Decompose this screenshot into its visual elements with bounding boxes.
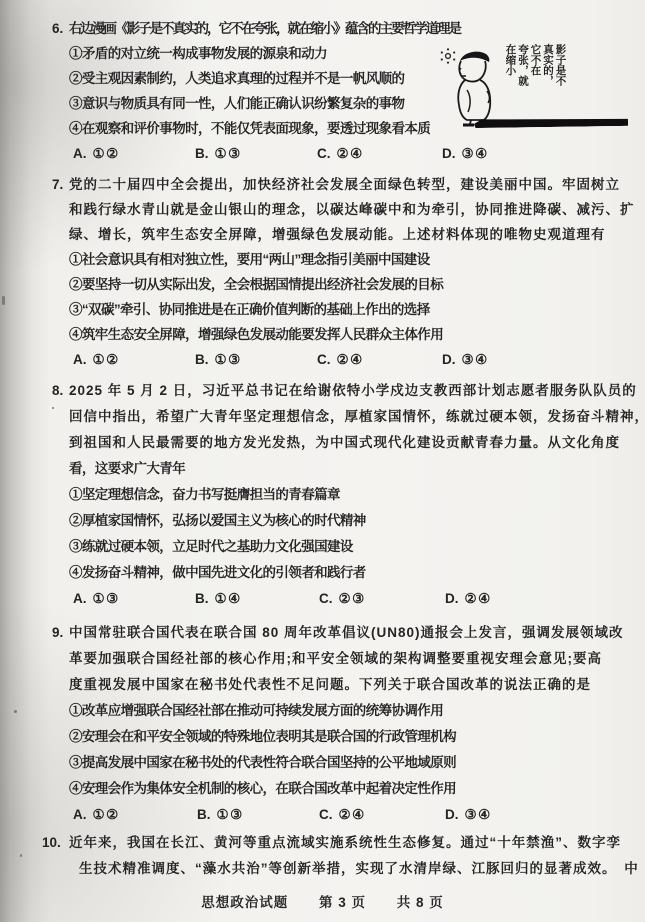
stem-text: 和践行绿水青山就是金山银山的理念，以碳达峰碳中和为牵引，协同推进降碳、减污、扩 (69, 202, 635, 217)
stem-line: 看，这要求广大青年 (69, 456, 645, 482)
option-d: D.②④ (445, 586, 492, 612)
person-figure (451, 47, 499, 127)
item-line: ④发扬奋斗精神，做中国先进文化的引领者和践行者 (69, 560, 645, 586)
option-value: ②④ (465, 591, 492, 606)
options-row: A.①② B.①③ C.②④ D.③④ (69, 802, 624, 828)
option-label: D. (445, 807, 459, 822)
option-label: A. (73, 146, 87, 161)
footer-exam-title: 思想政治试题 (201, 895, 288, 910)
option-label: C. (317, 352, 331, 367)
stem-line: 生技术精准调度、“藻水共治”等创新举措，实现了水清岸绿、江豚回归的显著成效。 中 (79, 856, 639, 882)
option-value: ③④ (462, 352, 489, 367)
stem-text: 到祖国和人民最需要的地方发光发热，为中国式现代化建设贡献青春力量。从文化角度 (69, 435, 620, 450)
option-value: ②④ (337, 146, 364, 161)
item-line: ②安理会在和平安全领域的特殊地位表明其是联合国的行政管理机构 (69, 724, 624, 750)
stem-text: 右边漫画《影子是不真实的，它不在夸张，就在缩小》蕴含的主要哲学道理是 (69, 21, 460, 36)
item-line: ①矛盾的对立统一构成事物发展的源泉和动力 (69, 41, 460, 66)
stem-line: 绿、增长，筑牢生态安全屏障，增强绿色发展动能。上述材料体现的唯物史观道理有 (69, 222, 635, 247)
item-line: ③练就过硬本领，立足时代之基助力文化强国建设 (69, 534, 645, 560)
stem-line: 革要加强联合国经社部的核心作用;和平安全领域的架构调整要重视安理会意见;要高 (69, 646, 624, 672)
item-line: ③提高发展中国家在秘书处的代表性符合联合国坚持的公平地域原则 (69, 750, 624, 776)
question-10: 10. 近年来，我国在长江、黄河等重点流域实施系统性生态修复。通过“十年禁渔”、… (69, 830, 639, 882)
stem-text: 中国常驻联合国代表在联合国 80 周年改革倡议(UN80)通报会上发言，强调发展… (69, 625, 624, 640)
stem-text: 近年来，我国在长江、黄河等重点流域实施系统性生态修复。通过“十年禁渔”、数字孪 (69, 835, 621, 850)
question-8: 8. 2025 年 5 月 2 日，习近平总书记在给谢依特小学戍边支教西部计划志… (69, 378, 645, 612)
caption-column: 影子是不 (554, 44, 567, 104)
option-label: A. (73, 352, 87, 367)
option-value: ①③ (215, 146, 242, 161)
stem-text: 2025 年 5 月 2 日，习近平总书记在给谢依特小学戍边支教西部计划志愿者服… (69, 383, 637, 398)
stem-line: 8. 2025 年 5 月 2 日，习近平总书记在给谢依特小学戍边支教西部计划志… (69, 378, 645, 404)
question-9: 9. 中国常驻联合国代表在联合国 80 周年改革倡议(UN80)通报会上发言，强… (69, 620, 624, 828)
option-label: B. (195, 591, 209, 606)
cartoon-caption: 影子是不 真实的， 它不在 夸张，就 在缩小 (504, 44, 567, 104)
caption-column: 夸张，就 (517, 44, 530, 104)
stem-line: 度重视发展中国家在秘书处代表性不足问题。下列关于联合国改革的说法正确的是 (69, 672, 624, 698)
page-footer: 思想政治试题 第 3 页 共 8 页 (0, 891, 645, 911)
item-line: ②厚植家国情怀，弘扬以爱国主义为核心的时代精神 (69, 508, 645, 534)
item-line: ①社会意识具有相对独立性，要用“两山”理念指引美丽中国建设 (69, 247, 635, 272)
question-number: 8. (52, 378, 63, 404)
option-c: C.②③ (319, 586, 366, 612)
item-line: ②受主观因素制约，人类追求真理的过程并不是一帆风顺的 (69, 66, 460, 91)
option-label: B. (197, 807, 211, 822)
option-value: ①④ (215, 591, 242, 606)
option-label: D. (442, 352, 456, 367)
question-number: 7. (52, 172, 63, 197)
footer-page-current: 第 3 页 (319, 895, 366, 910)
option-d: D.③④ (442, 141, 489, 166)
option-value: ①③ (93, 591, 120, 606)
option-label: D. (442, 146, 456, 161)
option-b: B.①④ (195, 586, 242, 612)
option-value: ②③ (339, 591, 366, 606)
option-c: C.②④ (319, 802, 366, 828)
shadow-cartoon: 影子是不 真实的， 它不在 夸张，就 在缩小 (438, 38, 636, 134)
question-number: 6. (52, 16, 63, 41)
item-line: ④在观察和评价事物时，不能仅凭表面现象，要透过现象看本质 (69, 116, 460, 141)
option-label: C. (317, 146, 331, 161)
caption-column: 它不在 (529, 44, 542, 104)
item-line: ②要坚持一切从实际出发，全会根据国情提出经济社会发展的目标 (69, 272, 635, 297)
scan-speck (14, 710, 17, 713)
footer-page-total: 共 8 页 (397, 895, 444, 910)
stem-text: 革要加强联合国经社部的核心作用;和平安全领域的架构调整要重视安理会意见;要高 (69, 651, 602, 666)
option-value: ②④ (339, 807, 366, 822)
stem-text: 生技术精准调度、“藻水共治”等创新举措，实现了水清岸绿、江豚回归的显著成效。 中 (79, 861, 639, 876)
stem-text: 度重视发展中国家在秘书处代表性不足问题。下列关于联合国改革的说法正确的是 (69, 677, 591, 692)
option-d: D.③④ (442, 347, 489, 372)
option-label: A. (73, 591, 87, 606)
stem-line: 7. 党的二十届四中全会提出，加快经济社会发展全面绿色转型，建设美丽中国。牢固树… (69, 172, 635, 197)
option-c: C.②④ (317, 141, 364, 166)
option-b: B.①③ (197, 802, 244, 828)
option-a: A.①② (73, 141, 120, 166)
item-line: ③“双碳”牵引、协同推进是在正确价值判断的基础上作出的选择 (69, 297, 635, 322)
scanned-exam-page: 6. 右边漫画《影子是不真实的，它不在夸张，就在缩小》蕴含的主要哲学道理是 ①矛… (0, 0, 645, 922)
option-label: D. (445, 591, 459, 606)
option-b: B.①③ (195, 347, 242, 372)
options-row: A.①③ B.①④ C.②③ D.②④ (69, 586, 645, 612)
stem-line: 9. 中国常驻联合国代表在联合国 80 周年改革倡议(UN80)通报会上发言，强… (69, 620, 624, 646)
option-value: ③④ (465, 807, 492, 822)
page-content: 6. 右边漫画《影子是不真实的，它不在夸张，就在缩小》蕴含的主要哲学道理是 ①矛… (0, 0, 645, 922)
stem-line: 6. 右边漫画《影子是不真实的，它不在夸张，就在缩小》蕴含的主要哲学道理是 (69, 16, 460, 41)
item-line: ④筑牢生态安全屏障，增强绿色发展动能要发挥人民群众主体作用 (69, 322, 635, 347)
stem-line: 回信中指出，希望广大青年坚定理想信念，厚植家国情怀，练就过硬本领，发扬奋斗精神， (69, 404, 645, 430)
option-value: ①② (93, 146, 120, 161)
question-6: 6. 右边漫画《影子是不真实的，它不在夸张，就在缩小》蕴含的主要哲学道理是 ①矛… (69, 16, 460, 166)
stem-line: 和践行绿水青山就是金山银山的理念，以碳达峰碳中和为牵引，协同推进降碳、减污、扩 (69, 197, 635, 222)
item-line: ③意识与物质具有同一性，人们能正确认识纷繁复杂的事物 (69, 91, 460, 116)
question-number: 9. (52, 620, 63, 646)
option-value: ③④ (462, 146, 489, 161)
options-row: A.①② B.①③ C.②④ D.③④ (69, 141, 460, 166)
option-label: A. (73, 807, 87, 822)
stem-line: 到祖国和人民最需要的地方发光发热，为中国式现代化建设贡献青春力量。从文化角度 (69, 430, 645, 456)
item-line: ①改革应增强联合国经社部在推动可持续发展方面的统筹协调作用 (69, 698, 624, 724)
options-row: A.①② B.①③ C.②④ D.③④ (69, 347, 635, 372)
question-number: 10. (42, 830, 61, 856)
option-a: A.①③ (73, 586, 120, 612)
scan-speck (52, 407, 54, 409)
item-line: ④安理会作为集体安全机制的核心，在联合国改革中起着决定性作用 (69, 776, 624, 802)
stem-line: 10. 近年来，我国在长江、黄河等重点流域实施系统性生态修复。通过“十年禁渔”、… (69, 830, 639, 856)
option-d: D.③④ (445, 802, 492, 828)
option-value: ①② (93, 352, 120, 367)
option-value: ①③ (215, 352, 242, 367)
option-b: B.①③ (195, 141, 242, 166)
option-value: ②④ (337, 352, 364, 367)
stem-text: 回信中指出，希望广大青年坚定理想信念，厚植家国情怀，练就过硬本领，发扬奋斗精神， (69, 409, 645, 424)
stem-text: 党的二十届四中全会提出，加快经济社会发展全面绿色转型，建设美丽中国。牢固树立 (69, 177, 620, 192)
option-label: C. (319, 591, 333, 606)
stem-text: 绿、增长，筑牢生态安全屏障，增强绿色发展动能。上述材料体现的唯物史观道理有 (69, 227, 606, 242)
option-label: C. (319, 807, 333, 822)
option-c: C.②④ (317, 347, 364, 372)
option-value: ①③ (217, 807, 244, 822)
option-value: ①② (93, 807, 120, 822)
scan-speck (20, 854, 22, 857)
caption-column: 真实的， (542, 44, 555, 104)
option-label: B. (195, 352, 209, 367)
caption-column: 在缩小 (504, 44, 517, 104)
option-a: A.①② (73, 802, 120, 828)
option-label: B. (195, 146, 209, 161)
scan-speck (2, 296, 5, 305)
item-line: ①坚定理想信念，奋力书写挺膺担当的青春篇章 (69, 482, 645, 508)
question-7: 7. 党的二十届四中全会提出，加快经济社会发展全面绿色转型，建设美丽中国。牢固树… (69, 172, 635, 372)
option-a: A.①② (73, 347, 120, 372)
